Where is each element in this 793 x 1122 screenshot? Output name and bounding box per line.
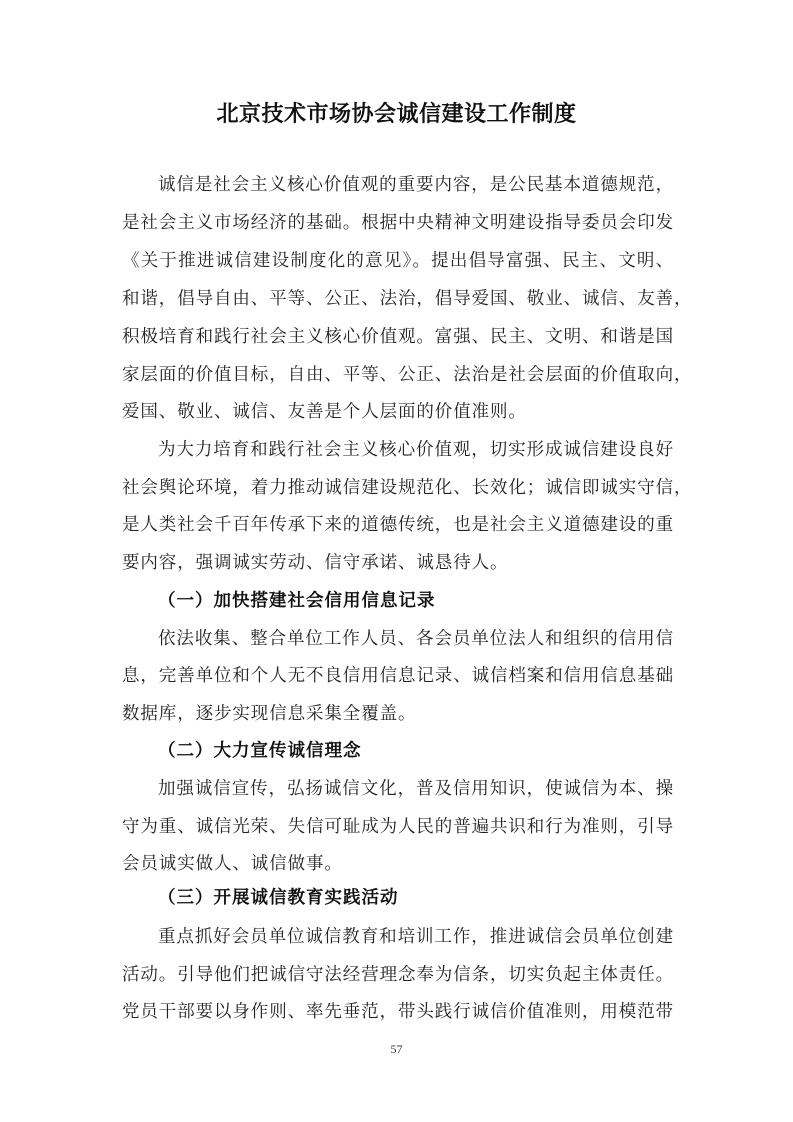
document-page: 北京技术市场协会诚信建设工作制度 诚信是社会主义核心价值观的重要内容，是公民基本… — [0, 0, 793, 1122]
document-title: 北京技术市场协会诚信建设工作制度 — [0, 97, 793, 128]
paragraph-2-line-3: 是人类社会千百年传承下来的道德传统，也是社会主义道德建设的重 — [122, 513, 674, 537]
section-3-heading: （三）开展诚信教育实践活动 — [158, 886, 399, 910]
section-2-line-1: 加强诚信宣传，弘扬诚信文化，普及信用知识，使诚信为本、操 — [158, 777, 674, 801]
paragraph-2-line-1: 为大力培育和践行社会主义核心价值观，切实形成诚信建设良好 — [158, 438, 674, 462]
paragraph-2-line-4: 要内容，强调诚实劳动、信守承诺、诚恳待人。 — [122, 551, 674, 575]
section-1-line-3: 数据库，逐步实现信息采集全覆盖。 — [122, 702, 674, 726]
paragraph-1-line-2: 是社会主义市场经济的基础。根据中央精神文明建设指导委员会印发 — [122, 211, 674, 235]
section-3-line-1: 重点抓好会员单位诚信教育和培训工作，推进诚信会员单位创建 — [158, 925, 674, 949]
paragraph-1-line-4: 和谐，倡导自由、平等、公正、法治，倡导爱国、敬业、诚信、友善， — [122, 287, 674, 311]
paragraph-1-line-5: 积极培育和践行社会主义核心价值观。富强、民主、文明、和谐是国 — [122, 325, 674, 349]
page-number: 57 — [0, 1042, 793, 1057]
section-1-heading: （一）加快搭建社会信用信息记录 — [158, 589, 436, 613]
paragraph-1-line-6: 家层面的价值目标，自由、平等、公正、法治是社会层面的价值取向， — [122, 363, 674, 387]
section-3-line-2: 活动。引导他们把诚信守法经营理念奉为信条，切实负起主体责任。 — [122, 963, 674, 987]
section-2-line-2: 守为重、诚信光荣、失信可耻成为人民的普遍共识和行为准则，引导 — [122, 815, 674, 839]
paragraph-1-line-1: 诚信是社会主义核心价值观的重要内容，是公民基本道德规范， — [158, 173, 674, 197]
section-3-line-3: 党员干部要以身作则、率先垂范，带头践行诚信价值准则，用模范带 — [122, 1000, 674, 1024]
paragraph-1-line-7: 爱国、敬业、诚信、友善是个人层面的价值准则。 — [122, 400, 674, 424]
paragraph-2-line-2: 社会舆论环境，着力推动诚信建设规范化、长效化；诚信即诚实守信， — [122, 476, 674, 500]
section-2-heading: （二）大力宣传诚信理念 — [158, 739, 362, 763]
section-2-line-3: 会员诚实做人、诚信做事。 — [122, 852, 674, 876]
paragraph-1-line-3: 《关于推进诚信建设制度化的意见》。提出倡导富强、民主、文明、 — [122, 249, 674, 273]
section-1-line-1: 依法收集、整合单位工作人员、各会员单位法人和组织的信用信 — [158, 627, 674, 651]
section-1-line-2: 息，完善单位和个人无不良信用信息记录、诚信档案和信用信息基础 — [122, 664, 674, 688]
